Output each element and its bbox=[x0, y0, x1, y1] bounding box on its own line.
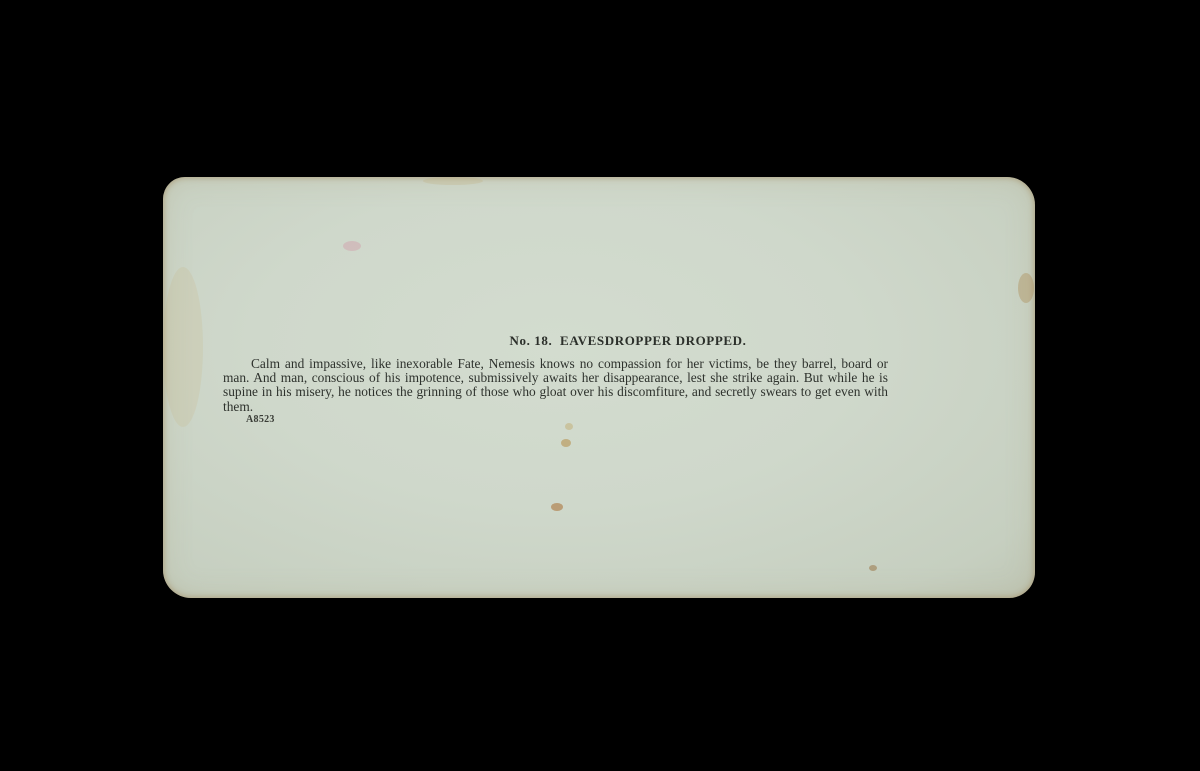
card-title: No. 18. EAVESDROPPER DROPPED. bbox=[163, 333, 1035, 349]
card-caption: Calm and impassive, like inexorable Fate… bbox=[223, 357, 888, 414]
stain bbox=[343, 241, 361, 251]
stain bbox=[869, 565, 877, 571]
caption-text: Calm and impassive, like inexorable Fate… bbox=[223, 356, 888, 414]
stain bbox=[551, 503, 563, 511]
stain bbox=[423, 177, 483, 185]
stain bbox=[565, 423, 573, 430]
stereoview-card-back: No. 18. EAVESDROPPER DROPPED. Calm and i… bbox=[163, 177, 1035, 598]
catalog-code: A8523 bbox=[246, 414, 275, 425]
stain bbox=[1018, 273, 1034, 303]
stain bbox=[561, 439, 571, 447]
